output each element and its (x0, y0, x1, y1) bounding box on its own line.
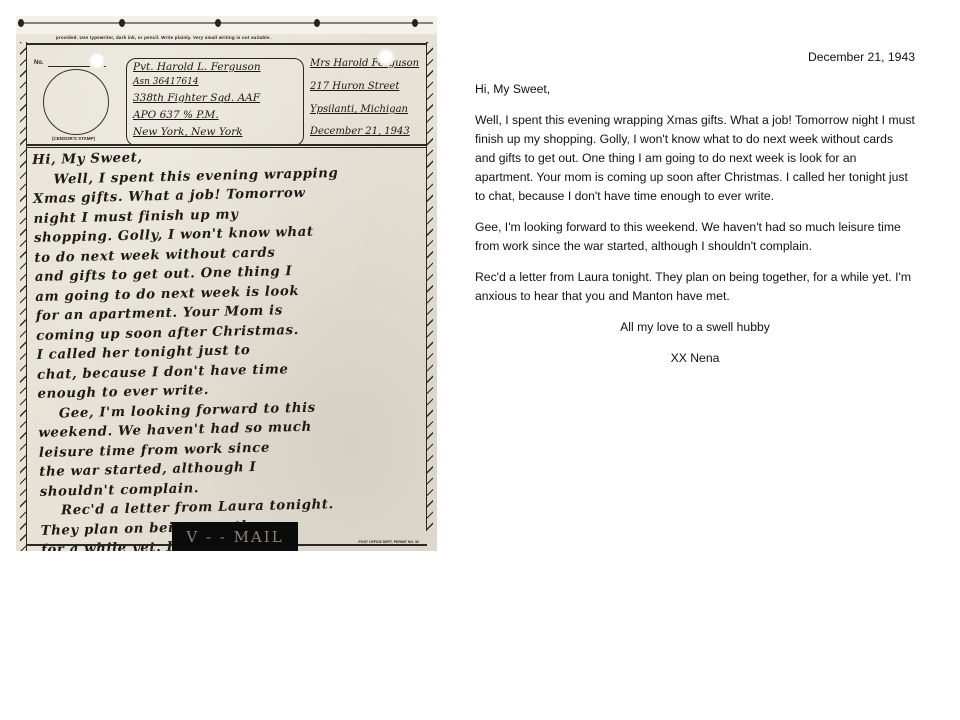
letter-date: December 21, 1943 (475, 48, 915, 67)
letter-paragraph: Gee, I'm looking forward to this weekend… (475, 218, 915, 256)
post-office-permit: POST OFFICE DEPT. PERMIT NO. 52 (359, 540, 419, 544)
top-rule (20, 22, 433, 24)
handwritten-line: and gifts to get out. One thing I (35, 264, 293, 285)
handwritten-line: for an apartment. Your Mom is (36, 303, 283, 324)
handwritten-line: to do next week without cards (34, 245, 275, 265)
letter-closing: All my love to a swell hubby (475, 318, 915, 337)
handwritten-line: shopping. Golly, I won't know what (34, 225, 314, 246)
handwritten-line: am going to do next week is look (35, 283, 299, 304)
handwritten-line: Well, I spent this evening wrapping (32, 166, 338, 188)
handwritten-line: Gee, I'm looking forward to this (38, 400, 316, 421)
handwritten-line: leisure time from work since (39, 440, 270, 460)
vmail-label: V - - MAIL (172, 522, 298, 551)
handwritten-line: Rec'd a letter from Laura tonight. (40, 497, 334, 519)
handwritten-line: shouldn't complain. (40, 481, 200, 500)
censor-stamp-circle (43, 69, 109, 135)
sender-name: Mrs Harold Ferguson (310, 58, 419, 69)
punch-mark (215, 19, 221, 27)
form-instruction: provided. Use typewriter, dark ink, or p… (56, 35, 271, 40)
handwritten-line: coming up soon after Christmas. (36, 322, 299, 343)
letter-greeting: Hi, My Sweet, (475, 80, 915, 99)
recipient-line: 338th Fighter Sqd. AAF (133, 92, 260, 104)
handwritten-line: the war started, although I (39, 460, 256, 480)
address-header: No. (CENSOR'S STAMP) Pvt. Harold L. Ferg… (26, 44, 427, 144)
sender-city: Ypsilanti, Michigan (310, 104, 408, 115)
recipient-address-box: Pvt. Harold L. Ferguson Asn 36417614 338… (126, 58, 304, 146)
punch-hole (377, 48, 395, 66)
punch-mark (119, 19, 125, 27)
punch-mark (314, 19, 320, 27)
handwritten-line: weekend. We haven't had so much (38, 420, 312, 441)
recipient-line: APO 637 % P.M. (133, 109, 219, 121)
letter-paragraph: Well, I spent this evening wrapping Xmas… (475, 111, 915, 206)
recipient-line: New York, New York (133, 126, 243, 138)
letter-transcription: December 21, 1943 Hi, My Sweet, Well, I … (475, 48, 915, 368)
handwritten-line: enough to ever write. (37, 383, 209, 402)
letter-paragraph: Rec'd a letter from Laura tonight. They … (475, 268, 915, 306)
sender-street: 217 Huron Street (310, 81, 399, 92)
handwritten-line: I called her tonight just to (36, 343, 250, 363)
handwritten-line: Xmas gifts. What a job! Tomorrow (33, 186, 306, 207)
recipient-line: Pvt. Harold L. Ferguson (133, 61, 261, 73)
letter-signature: XX Nena (475, 349, 915, 368)
handwritten-line: chat, because I don't have time (37, 362, 289, 383)
letter-date-handwritten: December 21, 1943 (310, 126, 410, 137)
scan-top-band (16, 16, 437, 34)
number-label: No. (34, 60, 44, 66)
punch-mark (412, 19, 418, 27)
punch-mark (18, 19, 24, 27)
handwritten-line: Hi, My Sweet, (32, 150, 143, 168)
censor-stamp-label: (CENSOR'S STAMP) (52, 136, 95, 141)
handwritten-line: night I must finish up my (33, 207, 238, 227)
punch-hole (88, 52, 106, 70)
recipient-line: Asn 36417614 (133, 77, 199, 87)
vmail-letter-scan: provided. Use typewriter, dark ink, or p… (16, 16, 437, 551)
handwritten-letter-body: Hi, My Sweet, Well, I spent this evening… (32, 142, 437, 551)
